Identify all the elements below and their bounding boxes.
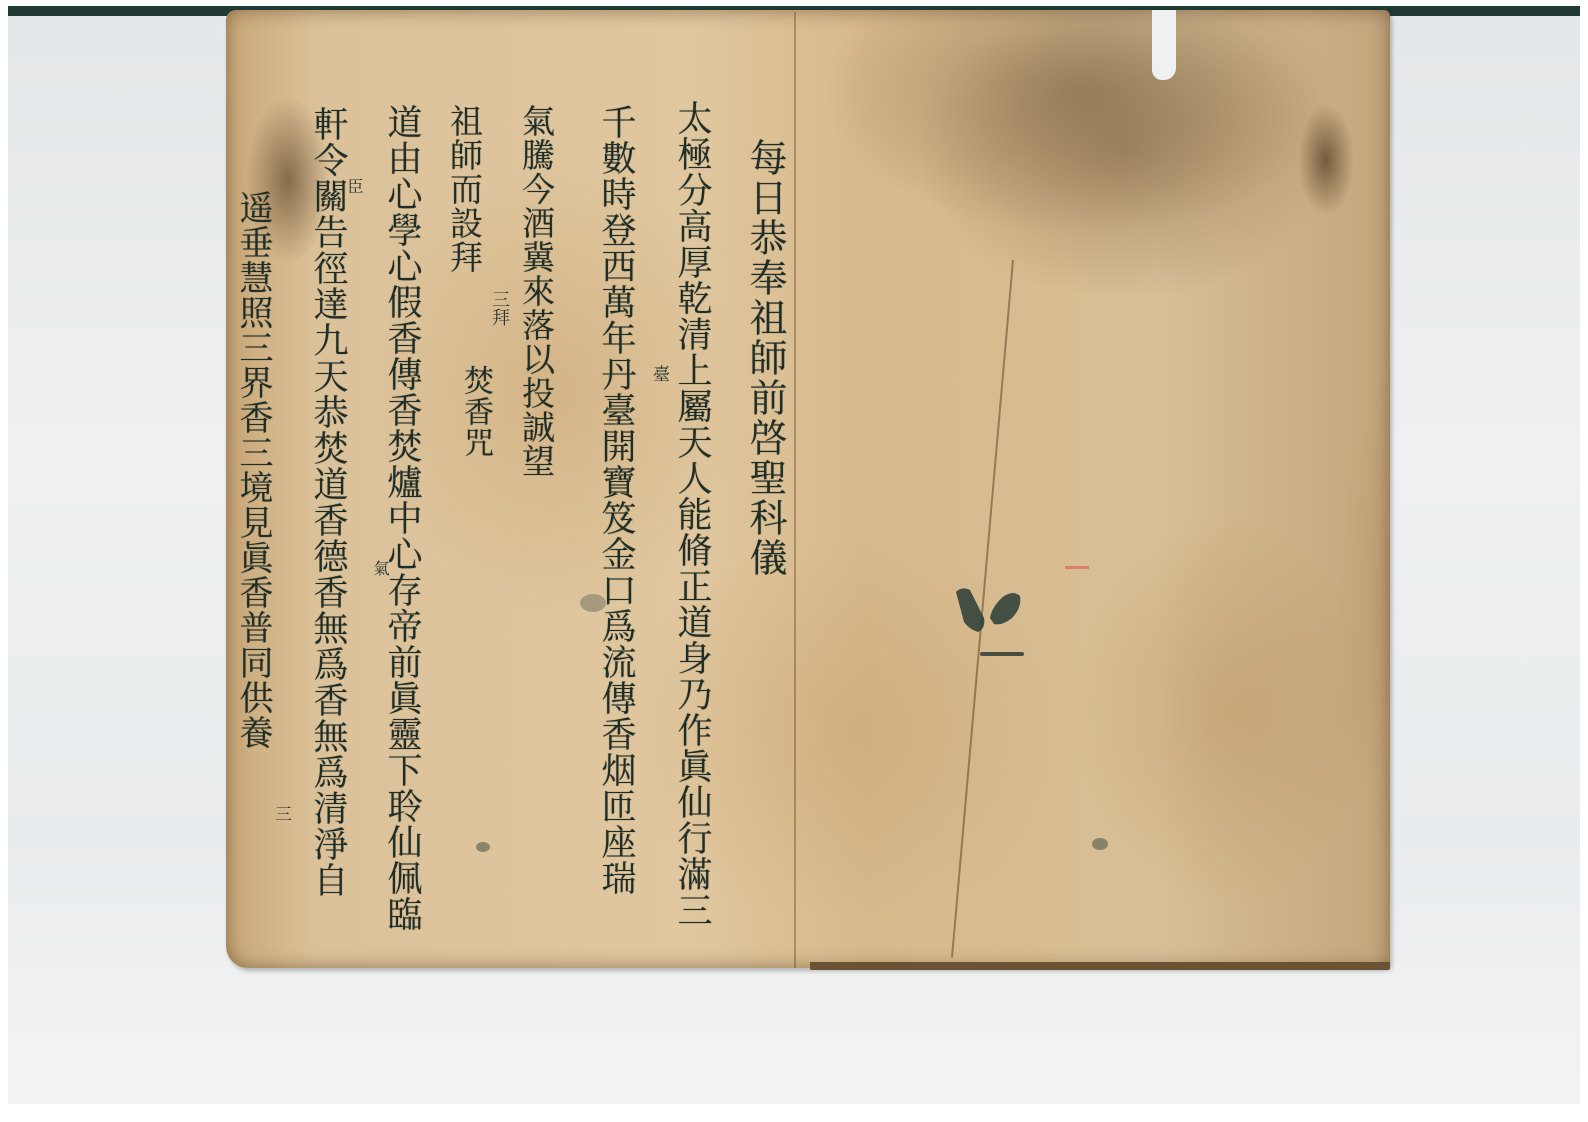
- end-mark: 三: [272, 805, 289, 822]
- ink-smudge: [580, 594, 606, 612]
- text-column-8: 遥垂慧照三界香三境見眞香普同供養: [236, 190, 270, 750]
- ink-smudge: [476, 842, 490, 852]
- ink-seal-stamp: [950, 584, 1024, 638]
- manuscript-text: 每日恭奉祖師前啓聖科儀 太極分高厚乾清上屬天人能脩正道身乃作眞仙行滿三 千數時登…: [0, 0, 1588, 1122]
- text-column-2: 太極分高厚乾清上屬天人能脩正道身乃作眞仙行滿三: [674, 100, 709, 928]
- manuscript-title: 每日恭奉祖師前啓聖科儀: [746, 138, 784, 578]
- side-mark: 氣: [372, 560, 388, 576]
- text-column-3: 千數時登西萬年丹臺開寶笈金口爲流傳香烟匝座瑞: [598, 104, 633, 896]
- instruction-three-bows: 三拜: [490, 290, 508, 326]
- red-ink-mark: [1065, 566, 1089, 569]
- text-column-7: 軒令關告徑達九天恭焚道香德香無爲香無爲清淨自: [310, 106, 345, 898]
- text-column-5: 祖師而設拜: [448, 104, 481, 274]
- text-column-4: 氣騰今酒冀來落以投誠望: [520, 104, 553, 478]
- ink-smudge: [1092, 838, 1108, 850]
- interlinear-note: 臺: [650, 365, 667, 382]
- small-chen-note: 臣: [346, 178, 362, 194]
- text-column-6: 道由心學心假香傳香焚爐中心存帝前眞靈下聆仙佩臨: [384, 104, 419, 932]
- stamp-underline: [980, 652, 1024, 656]
- incantation-heading: 焚香咒: [460, 365, 490, 458]
